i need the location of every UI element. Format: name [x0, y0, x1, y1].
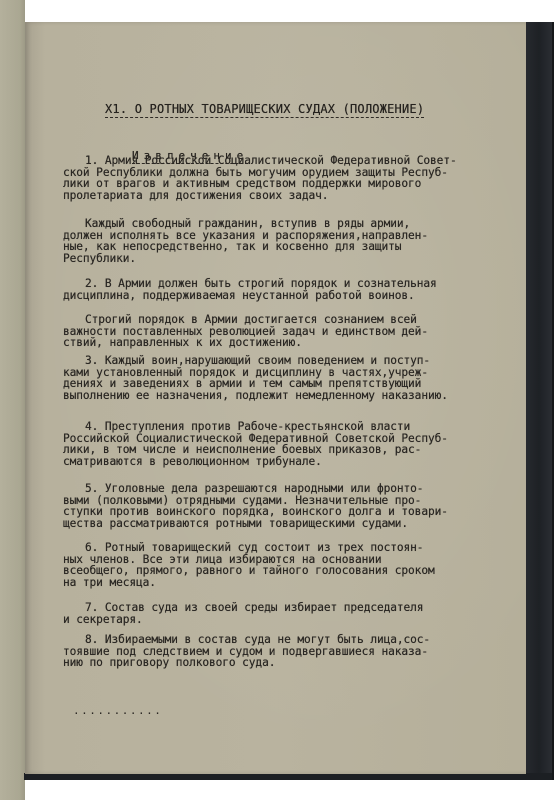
paragraph: Каждый свободный гражданин, вступив в ря… [63, 218, 428, 264]
paragraph-line: нию по приговору полкового суда. [63, 657, 430, 669]
paragraph: 3. Каждый воин,нарушающий своим поведени… [63, 355, 448, 401]
paragraph-line: ствий, направленных к их достижению. [63, 337, 428, 349]
paragraph: 7. Состав суда из своей среды избирает п… [63, 602, 423, 625]
paragraph: 6. Ротный товарищеский суд состоит из тр… [63, 542, 435, 588]
paragraph-line: выполнению ее назначения, подлежит немед… [63, 390, 448, 402]
document-sheet: X1. О РОТНЫХ ТОВАРИЩЕСКИХ СУДАХ (ПОЛОЖЕН… [25, 22, 526, 774]
paragraph-line: 5. Уголовные дела разрешаются народными … [63, 483, 448, 495]
paragraph-line: Каждый свободный гражданин, вступив в ря… [63, 218, 428, 230]
paragraph-line: на три месяца. [63, 577, 435, 589]
paragraph-line: 6. Ротный товарищеский суд состоит из тр… [63, 542, 435, 554]
paragraph-line: 3. Каждый воин,нарушающий своим поведени… [63, 355, 448, 367]
document-heading: X1. О РОТНЫХ ТОВАРИЩЕСКИХ СУДАХ (ПОЛОЖЕН… [105, 104, 424, 118]
paragraph: 1. Армия Российской Социалистической Фед… [63, 155, 457, 201]
omission-ellipsis: ........... [73, 704, 162, 717]
paragraph-line: пролетариата для достижения своих задач. [63, 190, 457, 202]
paragraph: Строгий порядок в Армии достигается созн… [63, 314, 428, 349]
paragraph: 5. Уголовные дела разрешаются народными … [63, 483, 448, 529]
paragraph-line: 4. Преступления против Рабоче-крестьянск… [63, 421, 448, 433]
paragraph-line: 1. Армия Российской Социалистической Фед… [63, 155, 457, 167]
previous-page-edge [0, 0, 25, 800]
paragraph-line: дисциплина, поддерживаемая неустанной ра… [63, 290, 437, 302]
paragraph: 2. В Армии должен быть строгий порядок и… [63, 278, 437, 301]
paragraph-line: и секретаря. [63, 614, 423, 626]
binder-bottom-edge [24, 773, 552, 780]
paragraph-line: 8. Избираемыми в состав суда не могут бы… [63, 634, 430, 646]
binder-spine [526, 22, 554, 780]
paragraph-line: 2. В Армии должен быть строгий порядок и… [63, 278, 437, 290]
paragraph-line: сматриваются в революционном трибунале. [63, 456, 448, 468]
paragraph: 8. Избираемыми в состав суда не могут бы… [63, 634, 430, 669]
paragraph-line: 7. Состав суда из своей среды избирает п… [63, 602, 423, 614]
paragraph-line: Строгий порядок в Армии достигается созн… [63, 314, 428, 326]
paragraph-line: Республики. [63, 253, 428, 265]
paragraph-line: щества рассматриваются ротными товарищес… [63, 518, 448, 530]
paragraph: 4. Преступления против Рабоче-крестьянск… [63, 421, 448, 467]
